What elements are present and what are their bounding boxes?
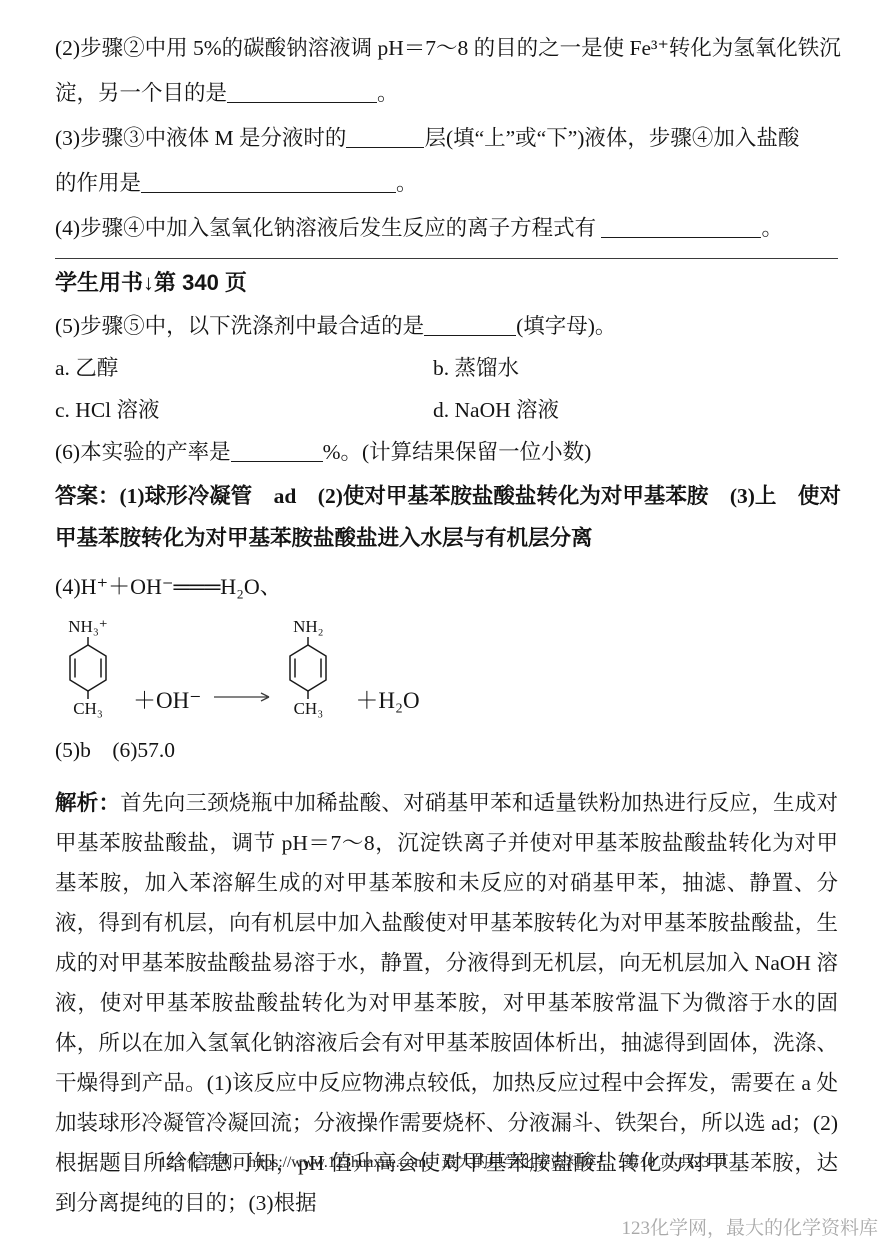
question-3-line-2: 的作用是。 bbox=[55, 161, 838, 206]
reaction-scheme: NH₃⁺ CH₃ ＋OH⁻ bbox=[55, 617, 838, 719]
answers-5-6: (5)b (6)57.0 bbox=[55, 727, 838, 773]
question-2-line-2: 淀，另一个目的是。 bbox=[55, 71, 838, 116]
question-5-text: (5)步骤⑤中，以下洗涤剂中最合适的是 bbox=[55, 314, 424, 338]
answer-blank bbox=[346, 126, 424, 149]
reactant-molecule: NH₃⁺ CH₃ bbox=[55, 617, 121, 719]
option-b: b. 蒸馏水 bbox=[433, 347, 838, 389]
amine-group-label: NH₂ bbox=[293, 617, 323, 637]
page-footer: 123 化学网，https://www.123huaxue.com，最大的中学化… bbox=[0, 1150, 888, 1172]
answer-blank bbox=[424, 314, 516, 337]
question-3-line-2-text: 的作用是 bbox=[55, 171, 141, 195]
answer-blank bbox=[141, 171, 396, 194]
answer-blank bbox=[227, 81, 377, 104]
footer-site-info: 123 化学网，https://www.123huaxue.com，最大的中学化… bbox=[159, 1154, 612, 1171]
question-2-line-1: (2)步骤②中用 5%的碳酸钠溶液调 pH＝7～8 的目的之一是使 Fe³⁺转化… bbox=[55, 26, 838, 71]
footer-page-number: 第10 页 共23 页 bbox=[624, 1154, 729, 1171]
page-content: (2)步骤②中用 5%的碳酸钠溶液调 pH＝7～8 的目的之一是使 Fe³⁺转化… bbox=[0, 0, 888, 1223]
question-4-period: 。 bbox=[761, 216, 783, 240]
answer-line-1: 答案：(1)球形冷凝管 ad (2)使对甲基苯胺盐酸盐转化为对甲基苯胺 (3)上… bbox=[55, 475, 838, 517]
question-6-text: (6)本实验的产率是 bbox=[55, 440, 231, 464]
option-c: c. HCl 溶液 bbox=[55, 389, 433, 431]
question-4-text: (4)步骤④中加入氢氧化钠溶液后发生反应的离子方程式有 bbox=[55, 216, 601, 240]
section-divider bbox=[55, 258, 838, 259]
methyl-group-label: CH₃ bbox=[294, 699, 324, 719]
answer-blank bbox=[231, 440, 323, 463]
site-watermark: 123化学网，最大的化学资料库 bbox=[621, 1213, 878, 1240]
reaction-arrow-icon bbox=[213, 690, 273, 709]
question-5-options: a. 乙醇 b. 蒸馏水 c. HCl 溶液 d. NaOH 溶液 bbox=[55, 347, 838, 431]
exam-document-page: (2)步骤②中用 5%的碳酸钠溶液调 pH＝7～8 的目的之一是使 Fe³⁺转化… bbox=[0, 0, 888, 1255]
question-6-line: (6)本实验的产率是%。(计算结果保留一位小数) bbox=[55, 431, 838, 473]
product-molecule: NH₂ CH₃ bbox=[275, 617, 341, 719]
option-a: a. 乙醇 bbox=[55, 347, 433, 389]
plus-water-term: ＋H₂O bbox=[355, 682, 419, 715]
question-4-line: (4)步骤④中加入氢氧化钠溶液后发生反应的离子方程式有 。 bbox=[55, 206, 838, 251]
question-3-period: 。 bbox=[396, 171, 418, 195]
option-d: d. NaOH 溶液 bbox=[433, 389, 838, 431]
answer-blank bbox=[601, 216, 761, 239]
question-2-line-2-text: 淀，另一个目的是 bbox=[55, 81, 227, 105]
question-3-line-1-text: (3)步骤③中液体 M 是分液时的 bbox=[55, 126, 346, 150]
analysis-label: 解析： bbox=[55, 791, 120, 815]
question-3-line-1-tail: 层(填“上”或“下”)液体，步骤④加入盐酸 bbox=[424, 126, 799, 150]
question-5-line: (5)步骤⑤中，以下洗涤剂中最合适的是(填字母)。 bbox=[55, 305, 838, 347]
question-2-period: 。 bbox=[377, 81, 399, 105]
question-5-tail: (填字母)。 bbox=[516, 314, 616, 338]
amine-group-label: NH₃⁺ bbox=[68, 617, 107, 637]
plus-hydroxide-term: ＋OH⁻ bbox=[133, 682, 201, 715]
question-3-line-1: (3)步骤③中液体 M 是分液时的层(填“上”或“下”)液体，步骤④加入盐酸 bbox=[55, 116, 838, 161]
benzene-ring-icon bbox=[284, 637, 332, 699]
ionic-equation: (4)H⁺＋OH⁻═══H₂O、 bbox=[55, 563, 838, 611]
student-book-page-banner: 学生用书↓第 340 页 bbox=[55, 261, 838, 305]
benzene-ring-icon bbox=[64, 637, 112, 699]
answer-line-2: 甲基苯胺转化为对甲基苯胺盐酸盐进入水层与有机层分离 bbox=[55, 517, 838, 559]
methyl-group-label: CH₃ bbox=[73, 699, 103, 719]
question-6-tail: %。(计算结果保留一位小数) bbox=[323, 440, 592, 464]
answer-line-1-text: (1)球形冷凝管 ad (2)使对甲基苯胺盐酸盐转化为对甲基苯胺 (3)上 使对 bbox=[120, 484, 841, 508]
answer-key: 答案：(1)球形冷凝管 ad (2)使对甲基苯胺盐酸盐转化为对甲基苯胺 (3)上… bbox=[55, 475, 838, 559]
answer-label: 答案： bbox=[55, 484, 120, 508]
